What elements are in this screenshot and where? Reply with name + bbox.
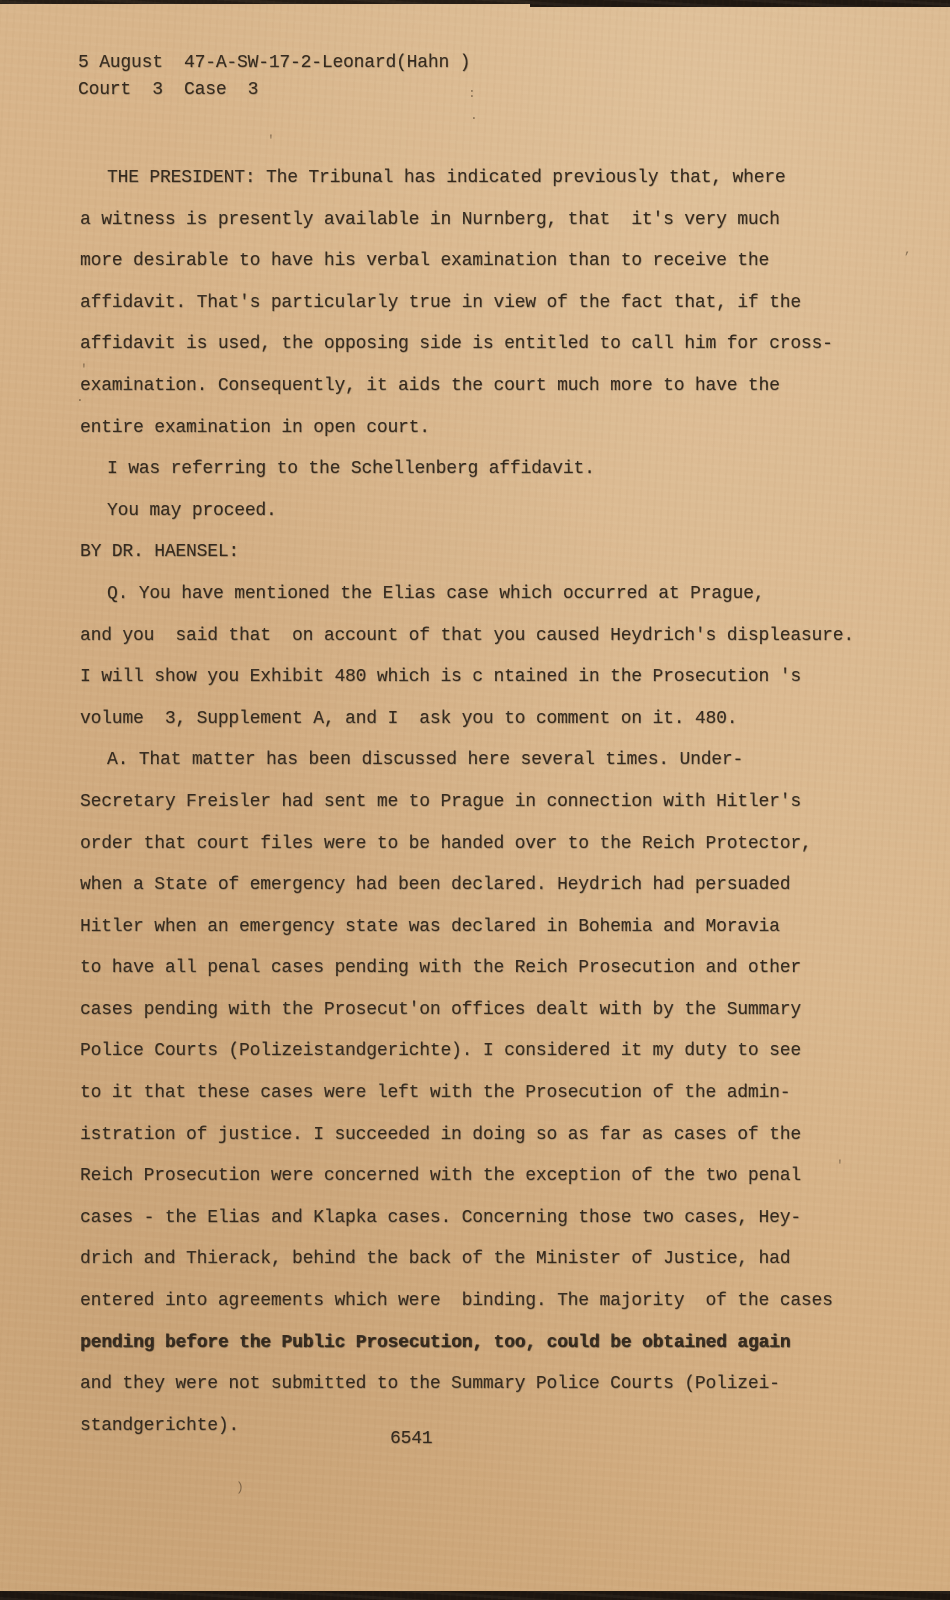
- transcript-line: when a State of emergency had been decla…: [80, 865, 880, 907]
- transcript-line: Q. You have mentioned the Elias case whi…: [80, 574, 880, 616]
- transcript-line: I was referring to the Schellenberg affi…: [80, 449, 880, 491]
- transcript-line: volume 3, Supplement A, and I ask you to…: [80, 699, 880, 741]
- transcript-line: drich and Thierack, behind the back of t…: [80, 1239, 880, 1281]
- scan-edge-top-right: [530, 0, 950, 7]
- transcript-line: order that court files were to be handed…: [80, 824, 880, 866]
- transcript-line: A. That matter has been discussed here s…: [80, 740, 880, 782]
- transcript-line: You may proceed.: [80, 491, 880, 533]
- scan-edge-bottom: [0, 1591, 950, 1600]
- transcript-line: I will show you Exhibit 480 which is c n…: [80, 657, 880, 699]
- transcript-line: THE PRESIDENT: The Tribunal has indicate…: [80, 158, 880, 200]
- scan-speck: ): [236, 1480, 244, 1495]
- scan-speck: .: [470, 108, 478, 123]
- transcript-body: THE PRESIDENT: The Tribunal has indicate…: [80, 158, 880, 1447]
- header-line-2: Court 3 Case 3: [78, 77, 470, 104]
- transcript-line: and you said that on account of that you…: [80, 616, 880, 658]
- scan-speck: ’: [903, 250, 911, 265]
- transcript-line: more desirable to have his verbal examin…: [80, 241, 880, 283]
- transcript-line: a witness is presently available in Nurn…: [80, 200, 880, 242]
- transcript-line: pending before the Public Prosecution, t…: [80, 1323, 880, 1365]
- examiner-heading: BY DR. HAENSEL:: [80, 532, 880, 574]
- transcript-line: istration of justice. I succeeded in doi…: [80, 1115, 880, 1157]
- page-number: 6541: [390, 1428, 432, 1450]
- transcript-line: Hitler when an emergency state was decla…: [80, 907, 880, 949]
- transcript-line: Reich Prosecution were concerned with th…: [80, 1156, 880, 1198]
- transcript-line: examination. Consequently, it aids the c…: [80, 366, 880, 408]
- transcript-line: cases - the Elias and Klapka cases. Conc…: [80, 1198, 880, 1240]
- transcript-line: entered into agreements which were bindi…: [80, 1281, 880, 1323]
- transcript-line: and they were not submitted to the Summa…: [80, 1364, 880, 1406]
- document-header: 5 August 47-A-SW-17-2-Leonard(Hahn ) Cou…: [78, 50, 470, 104]
- transcript-line: entire examination in open court.: [80, 408, 880, 450]
- transcript-line: to have all penal cases pending with the…: [80, 948, 880, 990]
- transcript-line: affidavit is used, the opposing side is …: [80, 324, 880, 366]
- header-line-1: 5 August 47-A-SW-17-2-Leonard(Hahn ): [78, 50, 470, 77]
- transcript-line: to it that these cases were left with th…: [80, 1073, 880, 1115]
- scan-speck: ': [267, 133, 275, 148]
- transcript-line: cases pending with the Prosecut'on offic…: [80, 990, 880, 1032]
- transcript-line: standgerichte).: [80, 1406, 880, 1448]
- transcript-line: Police Courts (Polizeistandgerichte). I …: [80, 1031, 880, 1073]
- document-page: 5 August 47-A-SW-17-2-Leonard(Hahn ) Cou…: [0, 0, 950, 1600]
- transcript-line: Secretary Freisler had sent me to Prague…: [80, 782, 880, 824]
- transcript-line: affidavit. That's particularly true in v…: [80, 283, 880, 325]
